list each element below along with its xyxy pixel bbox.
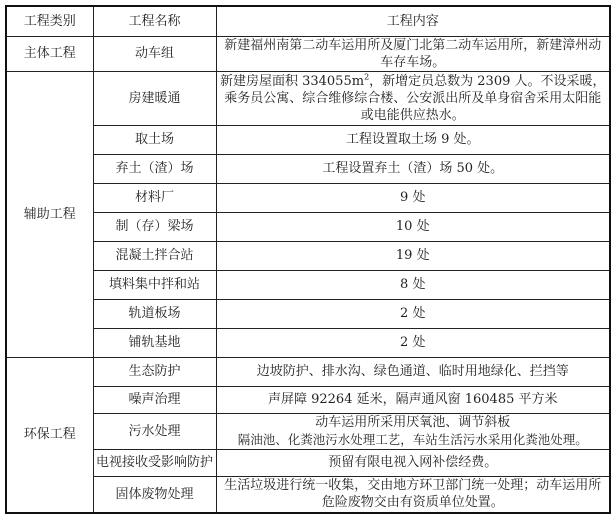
row-content: 边坡防护、排水沟、绿色通道、临时用地绿化、拦挡等 <box>216 357 610 386</box>
table-row: 环保工程 生态防护 边坡防护、排水沟、绿色通道、临时用地绿化、拦挡等 <box>6 357 610 386</box>
table-row: 噪声治理 声屏障 92264 延米，隔声通风窗 160485 平方米 <box>6 386 610 413</box>
category-environmental: 环保工程 <box>6 357 93 513</box>
table-row: 制（存）梁场 10 处 <box>6 212 610 241</box>
header-name: 工程名称 <box>93 6 216 36</box>
row-content: 动车运用所采用厌氧池、调节斜板 隔油池、化粪池污水处理工艺，车站生活污水采用化粪… <box>216 413 610 449</box>
table-row: 辅助工程 房建暖通 新建房屋面积 334055m2，新增定员总数为 2309 人… <box>6 71 610 125</box>
row-name: 电视接收受影响防护 <box>93 449 216 476</box>
row-content: 新建房屋面积 334055m2，新增定员总数为 2309 人。不设采暖，乘务员公… <box>216 71 610 125</box>
table-row: 取土场 工程设置取土场 9 处。 <box>6 125 610 154</box>
row-content: 10 处 <box>216 212 610 241</box>
row-name: 房建暖通 <box>93 71 216 125</box>
row-content: 9 处 <box>216 183 610 212</box>
table-row: 铺轨基地 2 处 <box>6 328 610 357</box>
row-name: 轨道板场 <box>93 299 216 328</box>
row-content: 预留有限电视入网补偿经费。 <box>216 449 610 476</box>
row-content: 新建福州南第二动车运用所及厦门北第二动车运用所，新建漳州动车存车场。 <box>216 36 610 71</box>
table-row: 混凝土拌合站 19 处 <box>6 241 610 270</box>
row-name: 取土场 <box>93 125 216 154</box>
category-main: 主体工程 <box>6 36 93 71</box>
table-row: 固体废物处理 生活垃圾进行统一收集，交由地方环卫部门统一处理；动车运用所危险废物… <box>6 476 610 513</box>
row-name: 材料厂 <box>93 183 216 212</box>
row-name: 混凝土拌合站 <box>93 241 216 270</box>
row-name: 弃土（渣）场 <box>93 154 216 183</box>
row-content: 生活垃圾进行统一收集，交由地方环卫部门统一处理；动车运用所危险废物交由有资质单位… <box>216 476 610 513</box>
row-name: 铺轨基地 <box>93 328 216 357</box>
row-content: 工程设置取土场 9 处。 <box>216 125 610 154</box>
row-name: 污水处理 <box>93 413 216 449</box>
row-name: 固体废物处理 <box>93 476 216 513</box>
table-row: 材料厂 9 处 <box>6 183 610 212</box>
row-name: 噪声治理 <box>93 386 216 413</box>
row-name: 动车组 <box>93 36 216 71</box>
row-content: 声屏障 92264 延米，隔声通风窗 160485 平方米 <box>216 386 610 413</box>
row-content: 2 处 <box>216 328 610 357</box>
row-name: 填料集中拌和站 <box>93 270 216 299</box>
row-content: 8 处 <box>216 270 610 299</box>
table-row: 污水处理 动车运用所采用厌氧池、调节斜板 隔油池、化粪池污水处理工艺，车站生活污… <box>6 413 610 449</box>
table-row: 电视接收受影响防护 预留有限电视入网补偿经费。 <box>6 449 610 476</box>
header-content: 工程内容 <box>216 6 610 36</box>
table-row: 轨道板场 2 处 <box>6 299 610 328</box>
table-row: 弃土（渣）场 工程设置弃土（渣）场 50 处。 <box>6 154 610 183</box>
row-content: 2 处 <box>216 299 610 328</box>
engineering-table: 工程类别 工程名称 工程内容 主体工程 动车组 新建福州南第二动车运用所及厦门北… <box>5 5 611 514</box>
row-content: 工程设置弃土（渣）场 50 处。 <box>216 154 610 183</box>
header-category: 工程类别 <box>6 6 93 36</box>
category-auxiliary: 辅助工程 <box>6 71 93 357</box>
row-name: 生态防护 <box>93 357 216 386</box>
row-name: 制（存）梁场 <box>93 212 216 241</box>
table-row: 主体工程 动车组 新建福州南第二动车运用所及厦门北第二动车运用所，新建漳州动车存… <box>6 36 610 71</box>
row-content: 19 处 <box>216 241 610 270</box>
header-row: 工程类别 工程名称 工程内容 <box>6 6 610 36</box>
table-row: 填料集中拌和站 8 处 <box>6 270 610 299</box>
